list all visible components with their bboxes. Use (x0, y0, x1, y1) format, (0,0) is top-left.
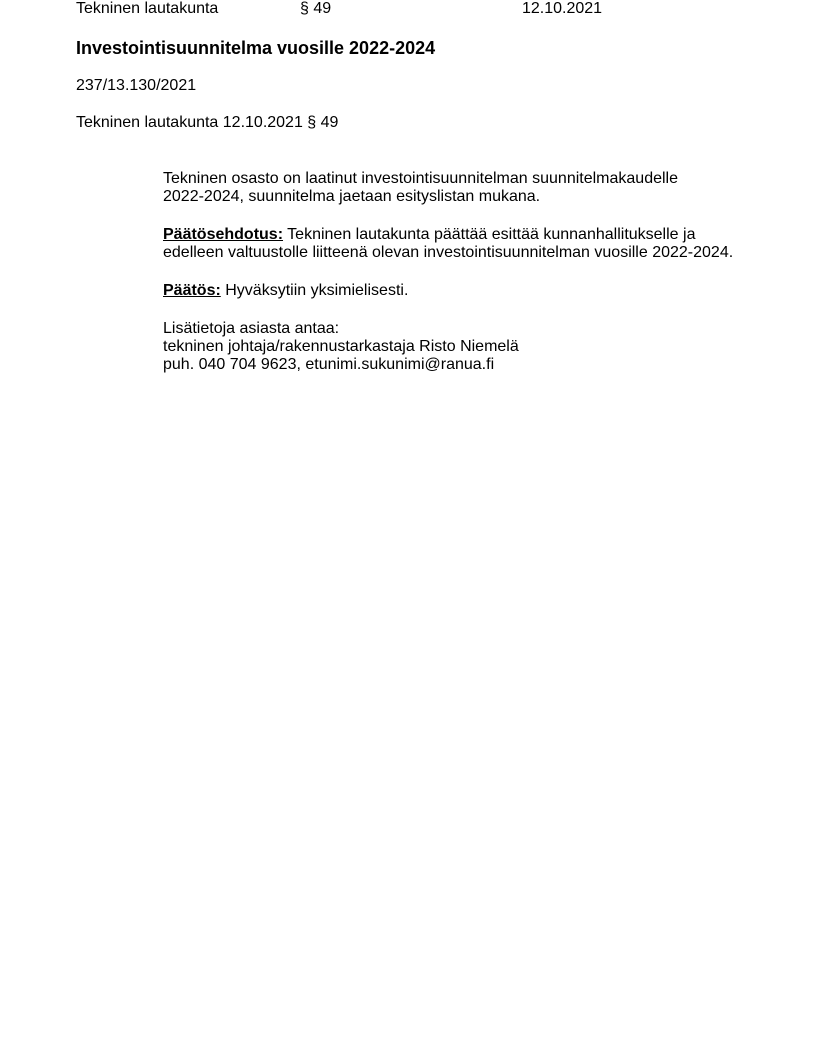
page-title: Investointisuunnitelma vuosille 2022-202… (76, 38, 435, 58)
header-committee: Tekninen lautakunta (76, 0, 218, 18)
proposal-paragraph: Päätösehdotus: Tekninen lautakunta päätt… (163, 226, 763, 262)
intro-paragraph: Tekninen osasto on laatinut investointis… (163, 170, 763, 206)
contact-paragraph: Lisätietoja asiasta antaa: tekninen joht… (163, 320, 763, 374)
decision-text: Hyväksytiin yksimielisesti. (221, 282, 409, 299)
intro-line: Tekninen osasto on laatinut investointis… (163, 170, 763, 188)
decision-label: Päätös: (163, 282, 221, 299)
decision-paragraph: Päätös: Hyväksytiin yksimielisesti. (163, 282, 763, 300)
intro-line: 2022-2024, suunnitelma jaetaan esityslis… (163, 188, 763, 206)
header-date: 12.10.2021 (522, 0, 602, 18)
proposal-text: Tekninen lautakunta päättää esittää kunn… (283, 226, 695, 243)
contact-line: puh. 040 704 9623, etunimi.sukunimi@ranu… (163, 356, 763, 374)
header-section-number: § 49 (300, 0, 331, 18)
proposal-label: Päätösehdotus: (163, 226, 283, 243)
decision-body: Tekninen osasto on laatinut investointis… (163, 170, 763, 394)
contact-line: tekninen johtaja/rakennustarkastaja Rist… (163, 338, 763, 356)
meeting-reference: Tekninen lautakunta 12.10.2021 § 49 (76, 114, 338, 132)
proposal-text-continued: edelleen valtuustolle liitteenä olevan i… (163, 244, 763, 262)
document-number: 237/13.130/2021 (76, 77, 196, 95)
contact-line: Lisätietoja asiasta antaa: (163, 320, 763, 338)
